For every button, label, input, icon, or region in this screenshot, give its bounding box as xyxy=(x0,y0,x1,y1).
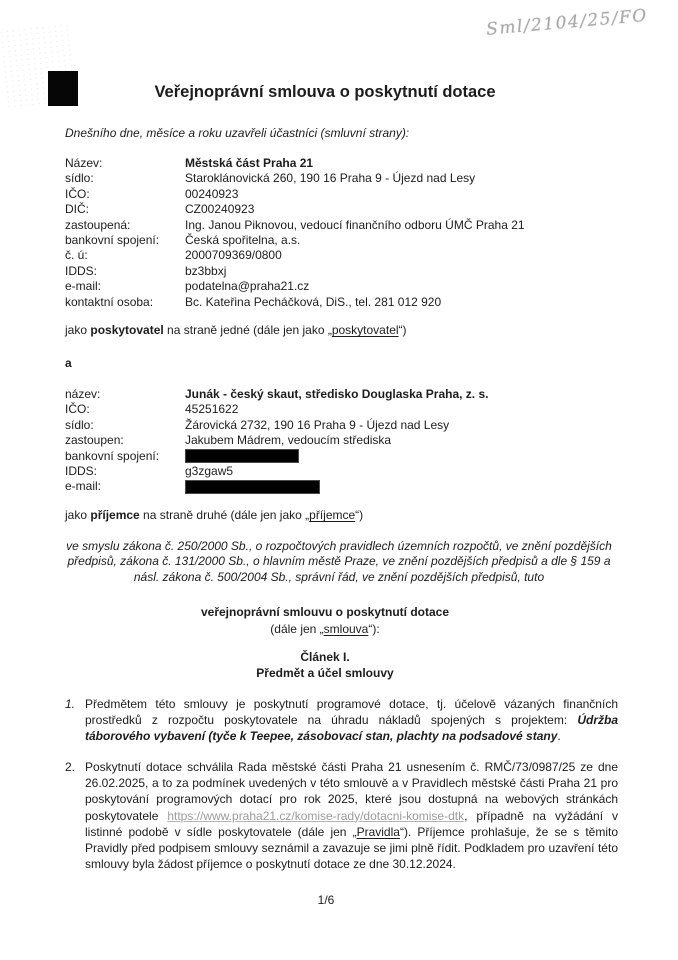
recipient-row-email: e-mail: xyxy=(65,479,625,494)
row-value: Jakubem Mádrem, vedoucím střediska xyxy=(185,433,391,447)
contract-alias-line: (dále jen „smlouva“): xyxy=(0,622,650,636)
row-value: Junák - český skaut, středisko Douglaska… xyxy=(185,387,488,401)
role-middle: na straně jedné (dále jen jako „ xyxy=(164,323,332,337)
recipient-row-sidlo: sídlo:Žárovická 2732, 190 16 Praha 9 - Ú… xyxy=(65,418,625,433)
row-value: Městská část Praha 21 xyxy=(185,156,313,170)
provider-row-kontakt: kontaktní osoba:Bc. Kateřina Pecháčková,… xyxy=(65,295,625,310)
role-word: příjemce xyxy=(90,508,139,522)
row-value: g3zgaw5 xyxy=(185,464,233,478)
role-prefix: jako xyxy=(65,508,90,522)
row-value: 45251622 xyxy=(185,402,238,416)
clause-number: 1. xyxy=(65,696,78,745)
role-alias: příjemce xyxy=(309,508,355,522)
row-label: e-mail: xyxy=(65,279,185,293)
row-label: IČO: xyxy=(65,187,185,201)
row-label: e-mail: xyxy=(65,479,185,493)
row-label: bankovní spojení: xyxy=(65,449,185,463)
redaction-bar xyxy=(185,449,299,463)
clause-1-body: Předmětem této smlouvy je poskytnutí pro… xyxy=(85,696,618,745)
provider-row-nazev: Název:Městská část Praha 21 xyxy=(65,156,625,171)
provider-role-line: jako poskytovatel na straně jedné (dále … xyxy=(65,323,407,337)
page-number: 1/6 xyxy=(0,893,652,907)
recipient-row-zastoupen: zastoupen:Jakubem Mádrem, vedoucím střed… xyxy=(65,433,625,448)
row-value: bz3bbxj xyxy=(185,264,226,278)
provider-row-sidlo: sídlo:Staroklánovická 260, 190 16 Praha … xyxy=(65,171,625,186)
row-label: IČO: xyxy=(65,402,185,416)
clause-2-body: Poskytnutí dotace schválila Rada městské… xyxy=(85,759,618,872)
provider-row-ucet: č. ú:2000709369/0800 xyxy=(65,248,625,263)
role-suffix: “) xyxy=(399,323,407,337)
row-value: Žárovická 2732, 190 16 Praha 9 - Újezd n… xyxy=(185,418,449,432)
row-value: Česká spořitelna, a.s. xyxy=(185,233,300,247)
role-middle: na straně druhé (dále jen jako „ xyxy=(140,508,309,522)
row-value: 00240923 xyxy=(185,187,238,201)
row-value: 2000709369/0800 xyxy=(185,248,282,262)
row-label: IDDS: xyxy=(65,464,185,478)
clause-number: 2. xyxy=(65,759,78,872)
legal-preamble: ve smyslu zákona č. 250/2000 Sb., o rozp… xyxy=(57,539,621,585)
role-word: poskytovatel xyxy=(90,323,163,337)
document-title: Veřejnoprávní smlouva o poskytnutí dotac… xyxy=(0,83,650,102)
role-alias: poskytovatel xyxy=(332,323,399,337)
document-page: Sml/2104/25/FO Veřejnoprávní smlouva o p… xyxy=(0,0,678,960)
provider-row-email: e-mail:podatelna@praha21.cz xyxy=(65,279,625,294)
provider-row-dic: DIČ:CZ00240923 xyxy=(65,202,625,217)
recipient-row-idds: IDDS:g3zgaw5 xyxy=(65,464,625,479)
row-value: Staroklánovická 260, 190 16 Praha 9 - Új… xyxy=(185,171,475,185)
contract-alias: smlouva xyxy=(324,622,369,636)
recipient-row-ico: IČO:45251622 xyxy=(65,402,625,417)
clause-1: 1. Předmětem této smlouvy je poskytnutí … xyxy=(65,696,618,745)
row-label: zastoupená: xyxy=(65,218,185,232)
alias-prefix: (dále jen „ xyxy=(270,622,323,636)
handwritten-reference: Sml/2104/25/FO xyxy=(485,4,666,40)
row-label: č. ú: xyxy=(65,248,185,262)
role-prefix: jako xyxy=(65,323,90,337)
pravidla-url-link[interactable]: https://www.praha21.cz/komise-rady/dotac… xyxy=(167,809,464,823)
provider-row-ico: IČO:00240923 xyxy=(65,187,625,202)
recipient-details: název:Junák - český skaut, středisko Dou… xyxy=(65,387,625,495)
row-label: IDDS: xyxy=(65,264,185,278)
row-value: Ing. Janou Piknovou, vedoucí finančního … xyxy=(185,218,525,232)
row-value: Bc. Kateřina Pecháčková, DiS., tel. 281 … xyxy=(185,295,441,309)
provider-details: Název:Městská část Praha 21 sídlo:Starok… xyxy=(65,156,625,310)
row-label: bankovní spojení: xyxy=(65,233,185,247)
row-value: CZ00240923 xyxy=(185,202,254,216)
row-label: DIČ: xyxy=(65,202,185,216)
provider-row-banka: bankovní spojení:Česká spořitelna, a.s. xyxy=(65,233,625,248)
redaction-bar xyxy=(185,480,320,494)
row-label: sídlo: xyxy=(65,171,185,185)
article-title: Předmět a účel smlouvy xyxy=(0,666,650,680)
provider-row-idds: IDDS:bz3bbxj xyxy=(65,264,625,279)
recipient-row-banka: bankovní spojení: xyxy=(65,449,625,464)
row-label: Název: xyxy=(65,156,185,170)
provider-row-zastoupena: zastoupená:Ing. Janou Piknovou, vedoucí … xyxy=(65,218,625,233)
clause-2: 2. Poskytnutí dotace schválila Rada měst… xyxy=(65,759,618,872)
recipient-role-line: jako příjemce na straně druhé (dále jen … xyxy=(65,508,363,522)
role-suffix: “) xyxy=(355,508,363,522)
connector-a: a xyxy=(65,356,72,370)
clause-1-tail: . xyxy=(557,729,560,743)
pravidla-alias: Pravidla xyxy=(357,825,400,839)
clause-1-text: Předmětem této smlouvy je poskytnutí pro… xyxy=(85,697,618,727)
contract-heading: veřejnoprávní smlouvu o poskytnutí dotac… xyxy=(0,605,650,619)
article-number: Článek I. xyxy=(0,650,650,664)
alias-suffix: “): xyxy=(368,622,379,636)
row-label: kontaktní osoba: xyxy=(65,295,185,309)
row-value: podatelna@praha21.cz xyxy=(185,279,309,293)
row-label: název: xyxy=(65,387,185,401)
row-label: sídlo: xyxy=(65,418,185,432)
intro-line: Dnešního dne, měsíce a roku uzavřeli úča… xyxy=(65,126,409,140)
row-label: zastoupen: xyxy=(65,433,185,447)
recipient-row-nazev: název:Junák - český skaut, středisko Dou… xyxy=(65,387,625,402)
